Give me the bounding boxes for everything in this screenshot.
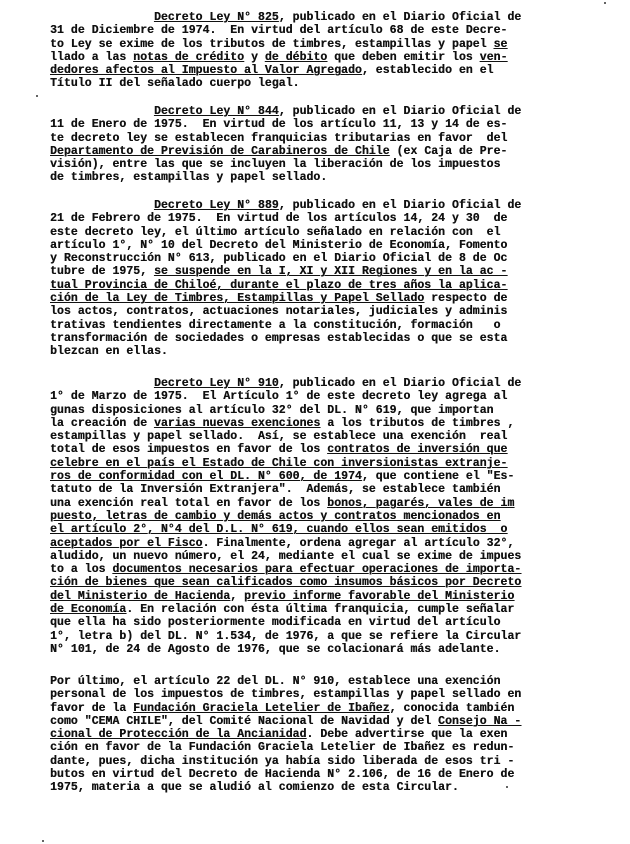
text-line: ción en favor de la Fundación Graciela L… [50,741,610,754]
scanned-document-page: Decreto Ley N° 825, publicado en el Diar… [0,0,630,844]
underlined-text: aceptados por el Fisco [50,537,202,550]
scan-speck [506,786,508,788]
text-line: una exención real total en favor de los … [50,497,610,510]
text-segment [50,105,154,118]
text-segment: aludido, un nuevo número, el 24, mediant… [50,550,521,563]
text-line: 1°, letra b) del DL. N° 1.534, de 1976, … [50,630,610,643]
text-line: dedores afectos al Impuesto al Valor Agr… [50,64,610,77]
text-line: Departamento de Previsión de Carabineros… [50,145,610,158]
underlined-text: contratos de inversión que [327,443,507,456]
text-line: este decreto ley, el último artículo señ… [50,226,610,239]
text-line: total de esos impuestos en favor de los … [50,443,610,456]
text-line: de Economía. En relación con ésta última… [50,603,610,616]
text-line: estampillas y papel sellado. Así, se est… [50,430,610,443]
text-segment: artículo 1°, N° 10 del Decreto del Minis… [50,239,507,252]
text-line: trativas tendientes directamente a la co… [50,319,610,332]
underlined-text: previo informe favorable del Ministerio [244,590,514,603]
text-segment: de timbres, estampillas y papel sellado. [50,171,327,184]
text-segment: los actos, contratos, actuaciones notari… [50,305,507,318]
text-segment: como "CEMA CHILE", del Comité Nacional d… [50,715,438,728]
underlined-text: ros de conformidad con el DL. N° 600, de… [50,470,362,483]
text-segment: 1° de Marzo de 1975. El Artículo 1° de e… [50,390,507,403]
text-segment: 1°, letra b) del DL. N° 1.534, de 1976, … [50,630,521,643]
underlined-text: ción de la Ley de Timbres, Estampillas y… [50,292,424,305]
text-segment: (ex Caja de Pre- [390,145,508,158]
text-line: llado a las notas de crédito y de débito… [50,51,610,64]
text-segment: y Reconstrucción N° 613, publicado en el… [50,252,507,265]
text-line: favor de la Fundación Graciela Letelier … [50,702,610,715]
text-line: N° 101, de 24 de Agosto de 1976, que se … [50,643,610,656]
underlined-text: ven- [480,51,508,64]
underlined-text: el artículo 2°, N°4 del D.L. N° 619, cua… [50,523,507,536]
text-segment: . Debe advertirse que la exen [306,728,507,741]
text-segment: total de esos impuestos en favor de los [50,443,327,456]
text-segment: te decreto ley se establecen franquicias… [50,132,507,145]
underlined-text: Fundación Graciela Letelier de Ibañez [133,702,389,715]
underlined-text: bonos, pagarés, vales de im [327,497,514,510]
underlined-text: de débito [265,51,327,64]
scan-speck [36,95,38,97]
text-segment: visión), entre las que se incluyen la li… [50,158,500,171]
text-line: to a los documentos necesarios para efec… [50,563,610,576]
text-segment: transformación de sociedades o empresas … [50,332,507,345]
text-segment: que deben emitir los [327,51,479,64]
text-segment: y [244,51,265,64]
text-line: cional de Protección de la Ancianidad. D… [50,728,610,741]
underlined-text: de Economía [50,603,126,616]
text-line: de timbres, estampillas y papel sellado. [50,171,610,184]
text-segment: N° 101, de 24 de Agosto de 1976, que se … [50,643,500,656]
text-segment: , publicado en el Diario Oficial de [279,105,522,118]
paragraph-dl-910-art-22: Por último, el artículo 22 del DL. N° 91… [50,675,610,795]
underlined-text: celebre en el país el Estado de Chile co… [50,457,507,470]
text-line: ros de conformidad con el DL. N° 600, de… [50,470,610,483]
text-line: Decreto Ley N° 910, publicado en el Diar… [50,377,610,390]
text-segment: , [230,590,244,603]
underlined-text: tual Provincia de Chiloé, durante el pla… [50,279,507,292]
text-segment: . Finalmente, ordena agregar al artículo… [202,537,514,550]
text-line: los actos, contratos, actuaciones notari… [50,305,610,318]
scan-speck [42,840,44,842]
text-segment: tubre de 1975, [50,265,154,278]
text-segment: personal de los impuestos de timbres, es… [50,688,521,701]
text-line: aceptados por el Fisco. Finalmente, orde… [50,537,610,550]
text-line: transformación de sociedades o empresas … [50,332,610,345]
text-segment: tatuto de la Inversión Extranjera". Adem… [50,483,500,496]
underlined-text: del Ministerio de Hacienda [50,590,230,603]
text-line: gunas disposiciones al artículo 32° del … [50,404,610,417]
text-line: celebre en el país el Estado de Chile co… [50,457,610,470]
text-segment: , conocida también [390,702,515,715]
text-line: te decreto ley se establecen franquicias… [50,132,610,145]
text-line: 31 de Diciembre de 1974. En virtud del a… [50,24,610,37]
underlined-text: notas de crédito [133,51,244,64]
text-line: tubre de 1975, se suspende en la I, XI y… [50,265,610,278]
text-segment: to a los [50,563,112,576]
text-segment: Por último, el artículo 22 del DL. N° 91… [50,675,500,688]
text-line: 1° de Marzo de 1975. El Artículo 1° de e… [50,390,610,403]
text-line: personal de los impuestos de timbres, es… [50,688,610,701]
text-segment: butos en virtud del Decreto de Hacienda … [50,768,514,781]
text-line: tual Provincia de Chiloé, durante el pla… [50,279,610,292]
text-segment: 31 de Diciembre de 1974. En virtud del a… [50,24,507,37]
text-line: Por último, el artículo 22 del DL. N° 91… [50,675,610,688]
text-segment: llado a las [50,51,133,64]
text-segment: favor de la [50,702,133,715]
text-segment: 1975, materia a que se aludió al comienz… [50,781,459,794]
text-line: visión), entre las que se incluyen la li… [50,158,610,171]
text-segment: , que contiene el "Es- [362,470,514,483]
text-segment: gunas disposiciones al artículo 32° del … [50,404,493,417]
underlined-text: dedores afectos al Impuesto al Valor Agr… [50,64,362,77]
underlined-text: ción de bienes que sean calificados como… [50,576,521,589]
underlined-text: Decreto Ley N° 889 [154,199,279,212]
underlined-text: se suspende en la I, XI y XII Regiones y… [154,265,507,278]
text-segment: Título II del señalado cuerpo legal. [50,77,299,90]
paragraph-dl-910: Decreto Ley N° 910, publicado en el Diar… [50,377,610,656]
text-segment: estampillas y papel sellado. Así, se est… [50,430,507,443]
underlined-text: Consejo Na - [438,715,521,728]
text-line: 1975, materia a que se aludió al comienz… [50,781,610,794]
text-segment: trativas tendientes directamente a la co… [50,319,500,332]
text-segment: blezcan en ellas. [50,345,168,358]
text-line: el artículo 2°, N°4 del D.L. N° 619, cua… [50,523,610,536]
text-line: Decreto Ley N° 889, publicado en el Diar… [50,199,610,212]
paragraph-dl-844: Decreto Ley N° 844, publicado en el Diar… [50,105,610,185]
text-segment: dante, pues, dicha institución ya había … [50,755,514,768]
underlined-text: varias nuevas exenciones [154,417,320,430]
text-line: que ella ha sido posteriormente modifica… [50,616,610,629]
paragraph-dl-825: Decreto Ley N° 825, publicado en el Diar… [50,11,610,91]
text-line: artículo 1°, N° 10 del Decreto del Minis… [50,239,610,252]
text-segment: to Ley se exime de los tributos de timbr… [50,38,493,51]
text-segment: 11 de Enero de 1975. En virtud de los ar… [50,118,507,131]
text-segment [50,11,154,24]
text-line: tatuto de la Inversión Extranjera". Adem… [50,483,610,496]
text-segment: respecto de [424,292,507,305]
text-line: to Ley se exime de los tributos de timbr… [50,38,610,51]
text-segment: la creación de [50,417,154,430]
text-segment: , establecido en el [362,64,494,77]
text-line: aludido, un nuevo número, el 24, mediant… [50,550,610,563]
text-segment: , publicado en el Diario Oficial de [279,199,522,212]
text-segment [50,377,154,390]
text-segment: una exención real total en favor de los [50,497,327,510]
text-line: butos en virtud del Decreto de Hacienda … [50,768,610,781]
text-segment: 21 de Febrero de 1975. En virtud de los … [50,212,507,225]
text-segment: que ella ha sido posteriormente modifica… [50,616,500,629]
text-line: y Reconstrucción N° 613, publicado en el… [50,252,610,265]
text-segment [50,199,154,212]
text-line: puesto, letras de cambio y demás actos y… [50,510,610,523]
text-line: la creación de varias nuevas exenciones … [50,417,610,430]
text-segment: este decreto ley, el último artículo señ… [50,226,500,239]
text-line: dante, pues, dicha institución ya había … [50,755,610,768]
text-line: como "CEMA CHILE", del Comité Nacional d… [50,715,610,728]
text-line: ción de bienes que sean calificados como… [50,576,610,589]
text-line: Decreto Ley N° 844, publicado en el Diar… [50,105,610,118]
text-segment: , publicado en el Diario Oficial de [279,11,522,24]
underlined-text: Decreto Ley N° 844 [154,105,279,118]
underlined-text: se [493,38,507,51]
underlined-text: cional de Protección de la Ancianidad [50,728,306,741]
text-segment: ción en favor de la Fundación Graciela L… [50,741,514,754]
text-line: del Ministerio de Hacienda, previo infor… [50,590,610,603]
text-line: ción de la Ley de Timbres, Estampillas y… [50,292,610,305]
text-segment: a los tributos de timbres , [320,417,514,430]
underlined-text: documentos necesarios para efectuar oper… [112,563,521,576]
text-line: blezcan en ellas. [50,345,610,358]
underlined-text: Decreto Ley N° 825 [154,11,279,24]
underlined-text: puesto, letras de cambio y demás actos y… [50,510,500,523]
underlined-text: Decreto Ley N° 910 [154,377,279,390]
text-segment: . En relación con ésta última franquicia… [126,603,514,616]
scan-speck [604,2,606,4]
text-line: 11 de Enero de 1975. En virtud de los ar… [50,118,610,131]
text-line: Título II del señalado cuerpo legal. [50,77,610,90]
text-segment: , publicado en el Diario Oficial de [279,377,522,390]
text-line: Decreto Ley N° 825, publicado en el Diar… [50,11,610,24]
text-line: 21 de Febrero de 1975. En virtud de los … [50,212,610,225]
underlined-text: Departamento de Previsión de Carabineros… [50,145,390,158]
paragraph-dl-889: Decreto Ley N° 889, publicado en el Diar… [50,199,610,359]
